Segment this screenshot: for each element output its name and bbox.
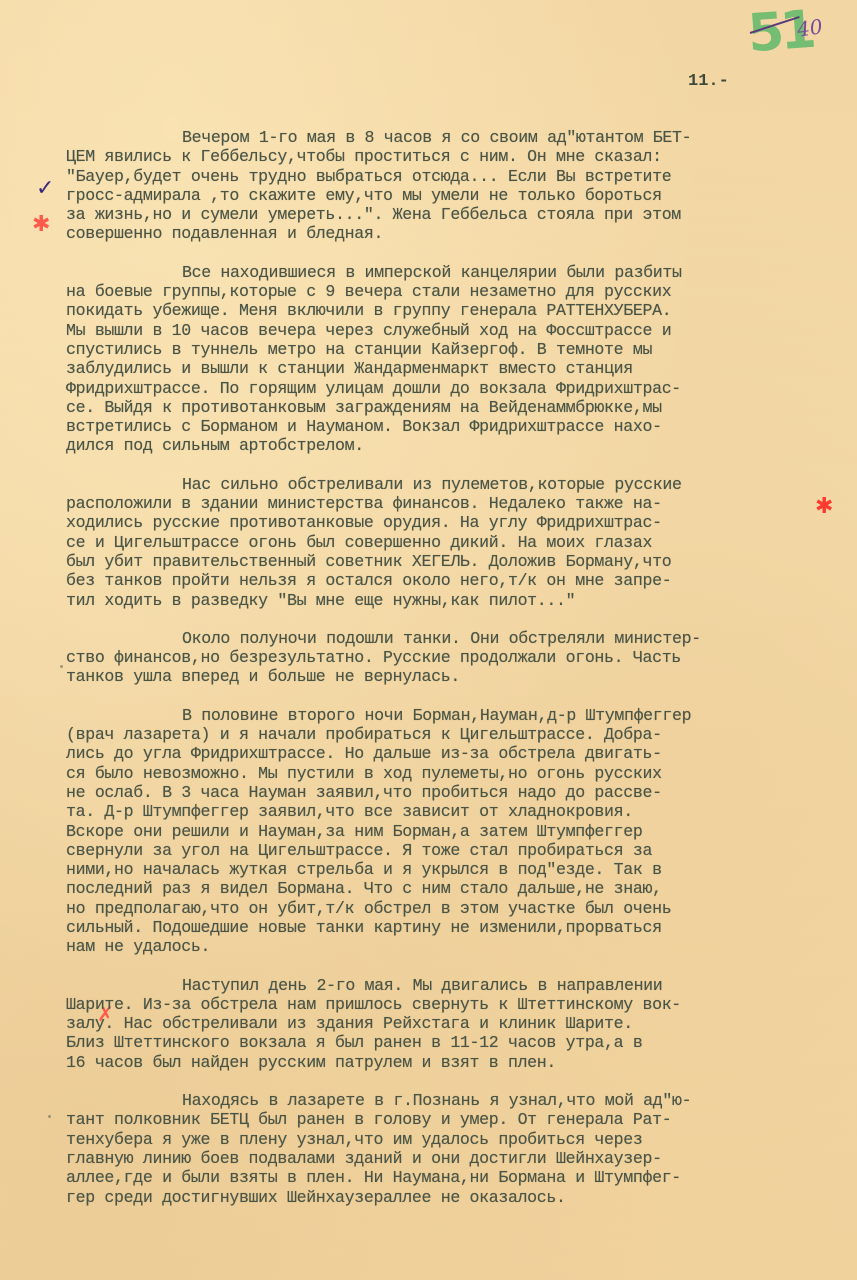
document-page: 51 40 11.- ✓ ✱ ✱ ✗ Вечером 1-го мая в 8 … xyxy=(0,0,857,1280)
red-cross-mark-icon: ✱ xyxy=(32,212,50,237)
text-line: тант полковник БЕТЦ был ранен в голову и… xyxy=(66,1110,856,1129)
paragraph: Наступил день 2-го мая. Мы двигались в н… xyxy=(66,976,856,1072)
text-line: залу. Нас обстреливали из здания Рейхста… xyxy=(66,1014,856,1033)
text-line: та. Д-р Штумпфеггер заявил,что все завис… xyxy=(66,802,856,821)
text-line: Нас сильно обстреливали из пулеметов,кот… xyxy=(66,475,856,494)
text-line: Вскоре они решили и Науман,за ним Борман… xyxy=(66,822,856,841)
text-line: тил ходить в разведку "Вы мне еще нужны,… xyxy=(66,591,856,610)
text-line: был убит правительственный советник ХЕГЕ… xyxy=(66,552,856,571)
text-line: Близ Штеттинского вокзала я был ранен в … xyxy=(66,1033,856,1052)
text-line: Около полуночи подошли танки. Они обстре… xyxy=(66,629,856,648)
text-line: последний раз я видел Бормана. Что с ним… xyxy=(66,879,856,898)
text-line: покидать убежище. Меня включили в группу… xyxy=(66,301,856,320)
text-line: Мы вышли в 10 часов вечера через служебн… xyxy=(66,321,856,340)
text-line: главную линию боев подвалами зданий и он… xyxy=(66,1149,856,1168)
text-line: нам не удалось. xyxy=(66,937,856,956)
text-line: на боевые группы,которые с 9 вечера стал… xyxy=(66,282,856,301)
text-line: за жизнь,но и сумели умереть...". Жена Г… xyxy=(66,205,856,224)
text-line: свернули за угол на Цигельштрассе. Я тож… xyxy=(66,841,856,860)
page-number: 11.- xyxy=(688,72,729,91)
paragraph: Вечером 1-го мая в 8 часов я со своим ад… xyxy=(66,128,856,244)
text-line: но предполагаю,что он убит,т/к обстрел в… xyxy=(66,899,856,918)
text-line: Все находившиеся в имперской канцелярии … xyxy=(66,263,856,282)
paragraph: В половине второго ночи Борман,Науман,д-… xyxy=(66,706,856,957)
paragraph: Нас сильно обстреливали из пулеметов,кот… xyxy=(66,475,856,610)
text-line: Вечером 1-го мая в 8 часов я со своим ад… xyxy=(66,128,856,147)
typewritten-body: Вечером 1-го мая в 8 часов я со своим ад… xyxy=(66,128,856,1226)
text-line: 16 часов был найден русским патрулем и в… xyxy=(66,1053,856,1072)
text-line: танков ушла вперед и больше не вернулась… xyxy=(66,667,856,686)
text-line: Шарите. Из-за обстрела нам пришлось свер… xyxy=(66,995,856,1014)
text-line: лись до угла Фридрихштрассе. Но дальше и… xyxy=(66,744,856,763)
text-line: гросс-адмирала ,то скажите ему,что мы ум… xyxy=(66,186,856,205)
text-line: ство финансов,но безрезультатно. Русские… xyxy=(66,648,856,667)
paragraph: Находясь в лазарете в г.Познань я узнал,… xyxy=(66,1091,856,1207)
text-line: расположили в здании министерства финанс… xyxy=(66,494,856,513)
text-line: ЦЕМ явились к Геббельсу,чтобы проститься… xyxy=(66,147,856,166)
text-line: спустились в туннель метро на станции Ка… xyxy=(66,340,856,359)
text-line: не ослаб. В 3 часа Науман заявил,что про… xyxy=(66,783,856,802)
text-line: тенхубера я уже в плену узнал,что им уда… xyxy=(66,1130,856,1149)
text-line: "Бауер,будет очень трудно выбраться отсю… xyxy=(66,167,856,186)
check-mark-icon: ✓ xyxy=(36,176,54,201)
text-line: гер среди достигнувших Шейнхаузераллее н… xyxy=(66,1188,856,1207)
paper-speck xyxy=(48,1115,51,1118)
text-line: сильный. Подошедшие новые танки картину … xyxy=(66,918,856,937)
paragraph: Около полуночи подошли танки. Они обстре… xyxy=(66,629,856,687)
text-line: заблудились и вышли к станции Жандарменм… xyxy=(66,359,856,378)
text-line: встретились с Борманом и Науманом. Вокза… xyxy=(66,417,856,436)
text-line: аллее,где и были взяты в плен. Ни Науман… xyxy=(66,1168,856,1187)
text-line: В половине второго ночи Борман,Науман,д-… xyxy=(66,706,856,725)
text-line: совершенно подавленная и бледная. xyxy=(66,224,856,243)
paper-speck xyxy=(60,665,63,668)
text-line: Наступил день 2-го мая. Мы двигались в н… xyxy=(66,976,856,995)
paragraph: Все находившиеся в имперской канцелярии … xyxy=(66,263,856,456)
text-line: дился под сильным артобстрелом. xyxy=(66,436,856,455)
text-line: без танков пройти нельзя я остался около… xyxy=(66,571,856,590)
text-line: Находясь в лазарете в г.Познань я узнал,… xyxy=(66,1091,856,1110)
text-line: се. Выйдя к противотанковым заграждениям… xyxy=(66,398,856,417)
text-line: ходились русские противотанковые орудия.… xyxy=(66,513,856,532)
archive-stamp-subscript: 40 xyxy=(795,14,824,41)
text-line: (врач лазарета) и я начали пробираться к… xyxy=(66,725,856,744)
text-line: Фридрихштрассе. По горящим улицам дошли … xyxy=(66,379,856,398)
text-line: ними,но началась жуткая стрельба и я укр… xyxy=(66,860,856,879)
text-line: ся было невозможно. Мы пустили в ход пул… xyxy=(66,764,856,783)
text-line: се и Цигельштрассе огонь был совершенно … xyxy=(66,533,856,552)
